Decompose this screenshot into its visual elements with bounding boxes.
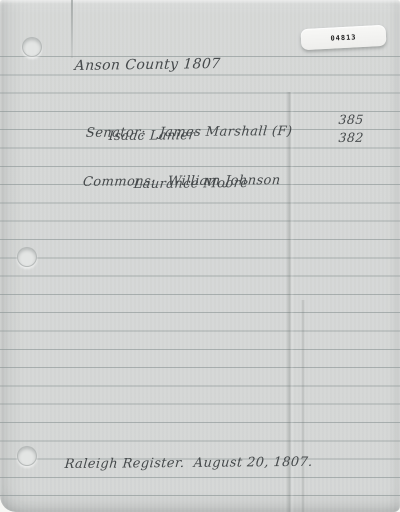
senator-1-votes: 385 — [338, 112, 364, 127]
source-citation: Raleigh Register. August 20, 1807. — [64, 455, 313, 472]
lower-fold-crease — [301, 300, 305, 512]
punch-hole-top — [22, 37, 42, 57]
scanned-page: 04813 Anson County 1807 Senator:James Ma… — [0, 0, 400, 512]
punch-hole-middle — [17, 247, 37, 267]
catalog-number: 04813 — [330, 33, 356, 42]
commons-2-name: Laurance Moore — [133, 176, 249, 192]
senator-2-votes: 382 — [338, 130, 364, 145]
punch-hole-bottom — [17, 446, 37, 466]
catalog-sticker: 04813 — [301, 25, 387, 50]
senator-2-name: Isaac Lanier — [108, 128, 196, 144]
vertical-fold-crease — [286, 92, 294, 512]
top-edge-crease — [71, 0, 73, 58]
page-title: Anson County 1807 — [74, 56, 221, 74]
